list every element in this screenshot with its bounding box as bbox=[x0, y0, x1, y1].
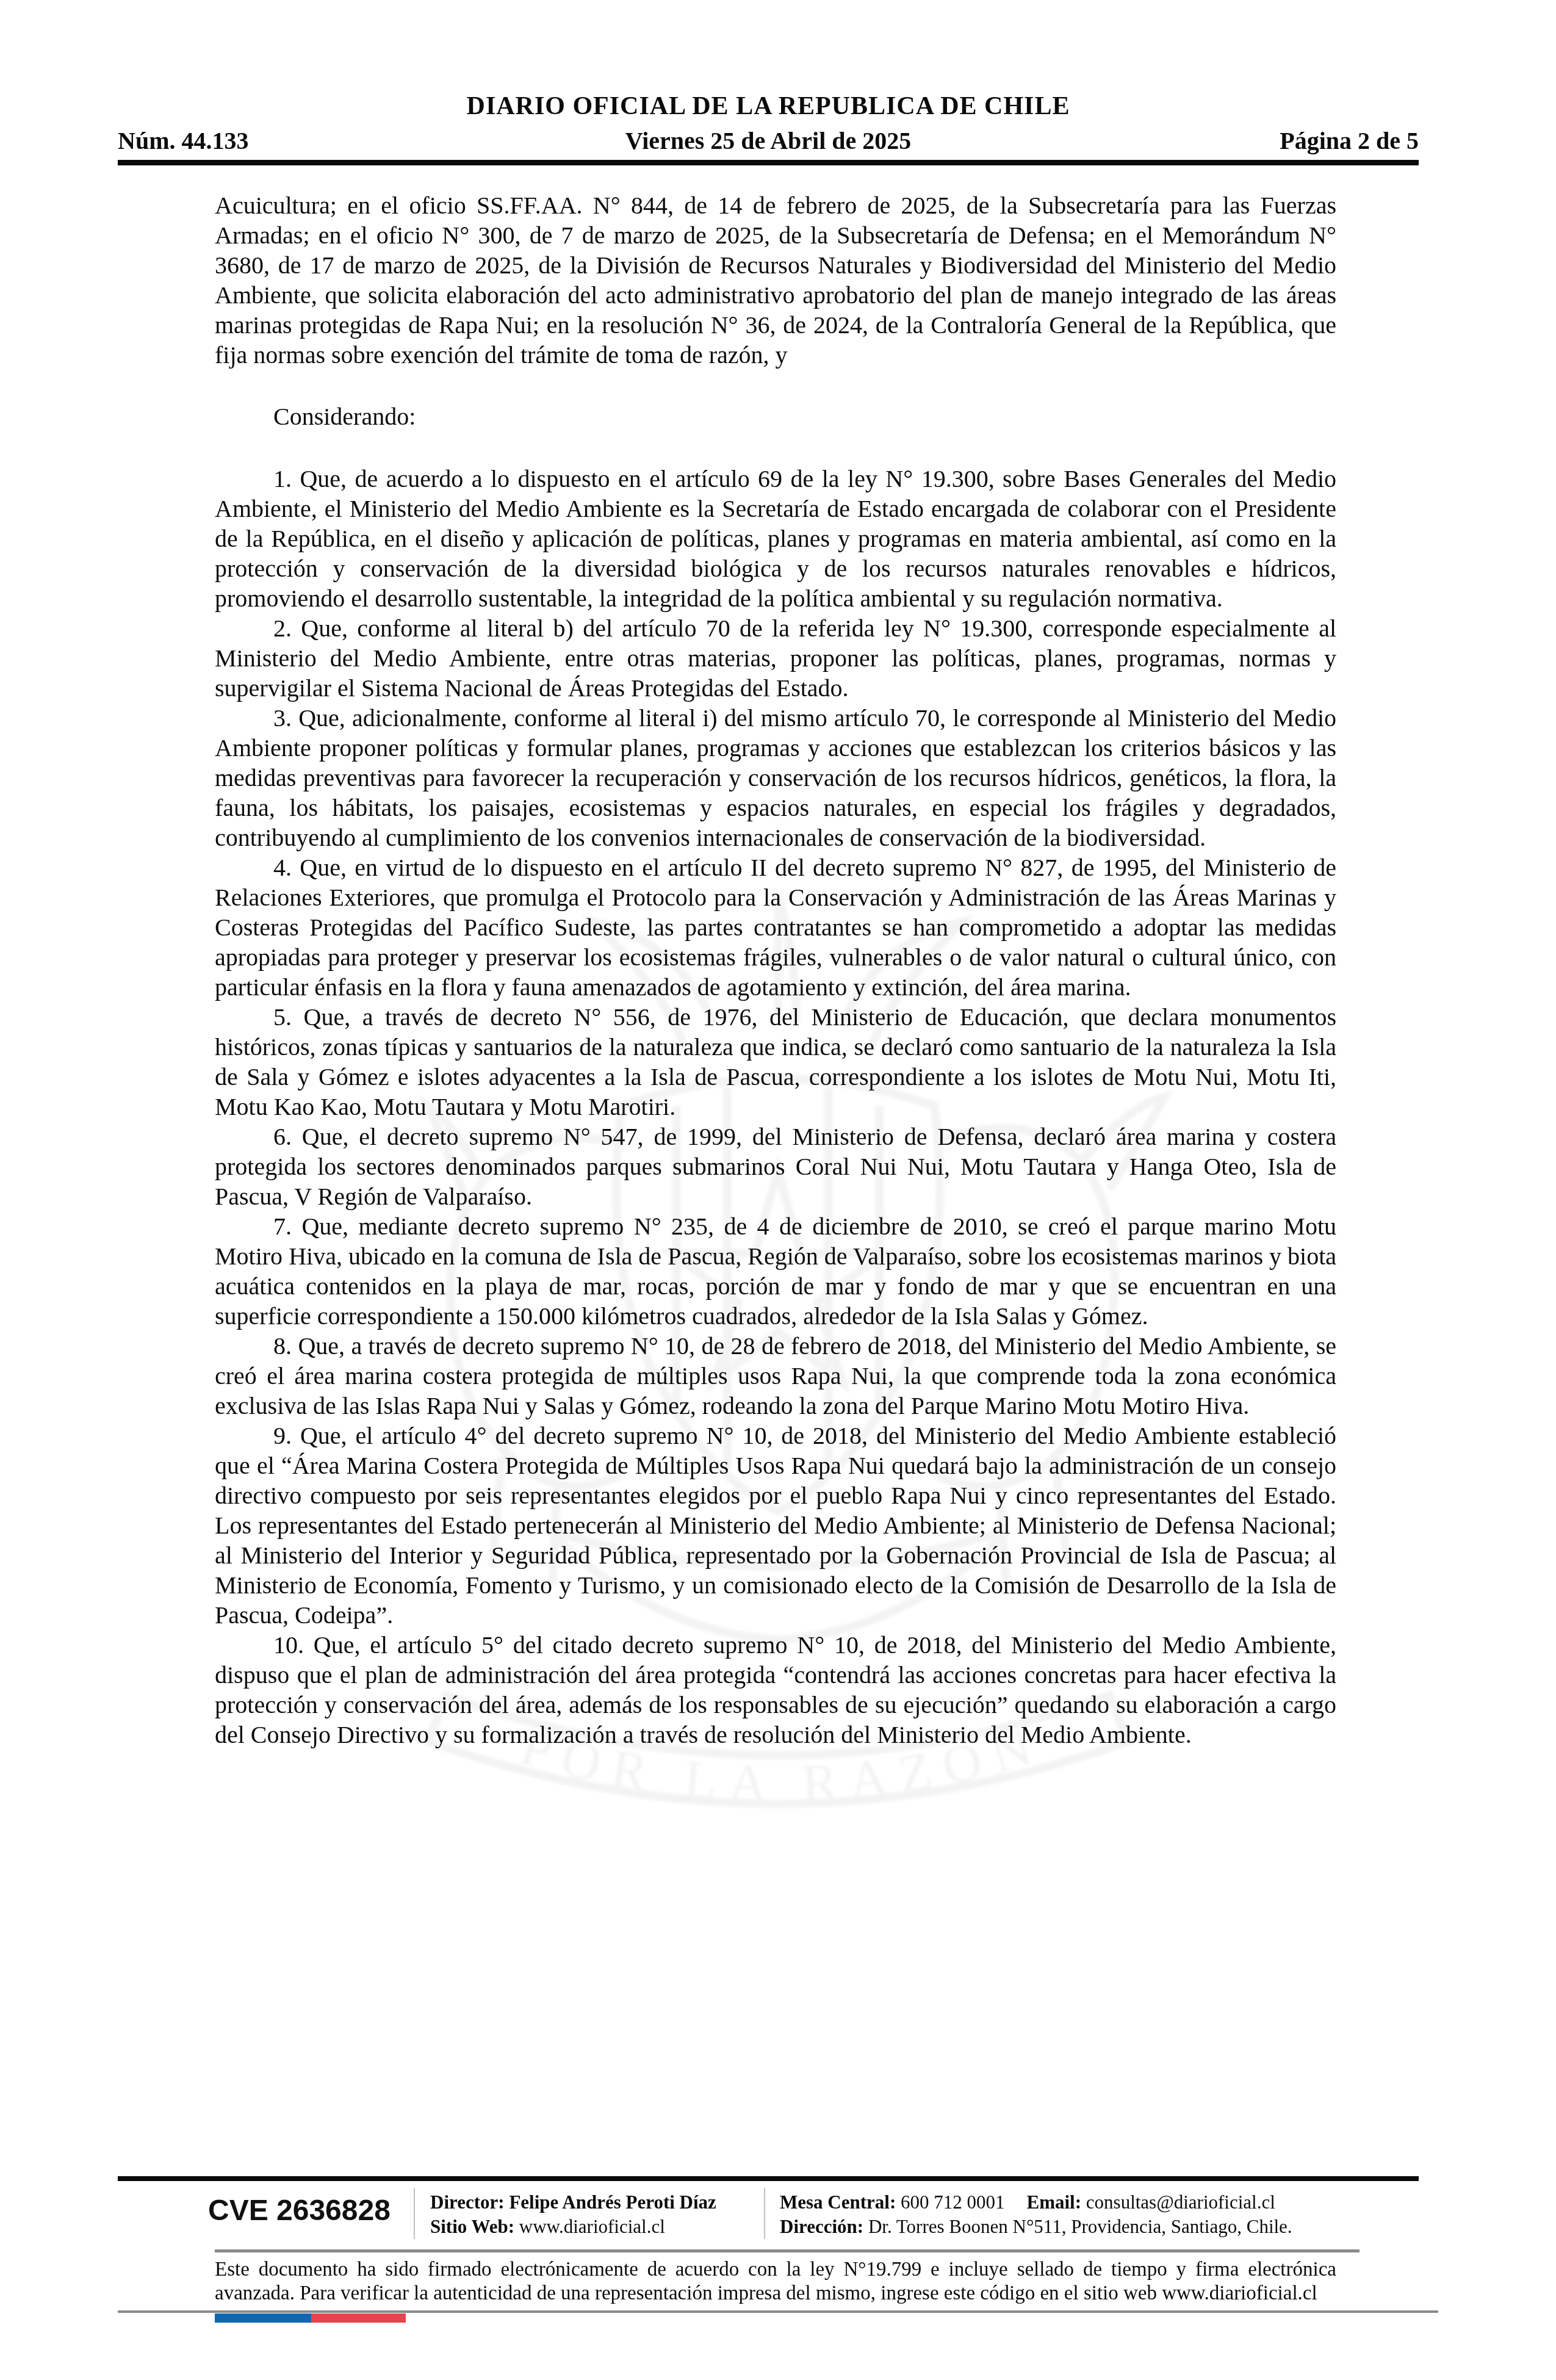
director-name: Felipe Andrés Peroti Díaz bbox=[509, 2191, 716, 2213]
paragraph-9: 9. Que, el artículo 4° del decreto supre… bbox=[215, 1421, 1336, 1630]
email-address: consultas@diarioficial.cl bbox=[1086, 2191, 1275, 2213]
paragraph-8: 8. Que, a través de decreto supremo N° 1… bbox=[215, 1331, 1336, 1421]
paragraph-6: 6. Que, el decreto supremo N° 547, de 19… bbox=[215, 1122, 1336, 1211]
edition-date: Viernes 25 de Abril de 2025 bbox=[118, 127, 1419, 155]
website-label: Sitio Web: bbox=[430, 2216, 514, 2237]
signature-disclaimer: Este documento ha sido firmado electróni… bbox=[215, 2258, 1336, 2306]
newspaper-title: DIARIO OFICIAL DE LA REPUBLICA DE CHILE bbox=[118, 92, 1419, 121]
footer-divider-rule bbox=[118, 2176, 1419, 2181]
paragraph-recitals: Acuicultura; en el oficio SS.FF.AA. N° 8… bbox=[215, 190, 1336, 370]
director-line: Director: Felipe Andrés Peroti Díaz bbox=[430, 2190, 716, 2215]
phone-email-line: Mesa Central: 600 712 0001Email: consult… bbox=[780, 2190, 1292, 2215]
paragraph-1: 1. Que, de acuerdo a lo dispuesto en el … bbox=[215, 464, 1336, 613]
website-line: Sitio Web: www.diarioficial.cl bbox=[430, 2215, 716, 2239]
email-label: Email: bbox=[1027, 2191, 1082, 2213]
flag-blue-block bbox=[215, 2313, 311, 2323]
footer-gray-rule bbox=[215, 2249, 1360, 2252]
document-page: DIARIO OFICIAL DE LA REPUBLICA DE CHILE … bbox=[0, 0, 1556, 2380]
document-text: Acuicultura; en el oficio SS.FF.AA. N° 8… bbox=[215, 190, 1336, 1750]
footer-vertical-divider-1 bbox=[414, 2188, 415, 2239]
footer-vertical-divider-2 bbox=[764, 2188, 765, 2239]
paragraph-3: 3. Que, adicionalmente, conforme al lite… bbox=[215, 703, 1336, 853]
header-divider-rule bbox=[118, 160, 1419, 165]
director-label: Director: bbox=[430, 2191, 505, 2213]
footer-director-column: Director: Felipe Andrés Peroti Díaz Siti… bbox=[430, 2190, 716, 2239]
phone-number: 600 712 0001 bbox=[901, 2191, 1005, 2213]
section-heading-considerando: Considerando: bbox=[215, 402, 1336, 431]
address-label: Dirección: bbox=[780, 2216, 863, 2237]
paragraph-2: 2. Que, conforme al literal b) del artíc… bbox=[215, 613, 1336, 703]
paragraph-4: 4. Que, en virtud de lo dispuesto en el … bbox=[215, 853, 1336, 1002]
chile-flag-mark bbox=[215, 2313, 406, 2323]
website-url: www.diarioficial.cl bbox=[519, 2216, 665, 2237]
header-meta-row: Núm. 44.133 Viernes 25 de Abril de 2025 … bbox=[118, 127, 1419, 155]
page-header: DIARIO OFICIAL DE LA REPUBLICA DE CHILE … bbox=[118, 92, 1419, 165]
address-line: Dirección: Dr. Torres Boonen N°511, Prov… bbox=[780, 2215, 1292, 2239]
footer-contact-column: Mesa Central: 600 712 0001Email: consult… bbox=[780, 2190, 1292, 2239]
phone-label: Mesa Central: bbox=[780, 2191, 896, 2213]
address-value: Dr. Torres Boonen N°511, Providencia, Sa… bbox=[868, 2216, 1292, 2237]
bottom-gray-rule bbox=[118, 2310, 1438, 2313]
cve-code: CVE 2636828 bbox=[208, 2194, 391, 2227]
footer-info-bar: CVE 2636828 Director: Felipe Andrés Pero… bbox=[118, 2188, 1419, 2239]
flag-red-block bbox=[311, 2313, 406, 2323]
paragraph-7: 7. Que, mediante decreto supremo N° 235,… bbox=[215, 1211, 1336, 1331]
paragraph-5: 5. Que, a través de decreto N° 556, de 1… bbox=[215, 1002, 1336, 1122]
paragraph-10: 10. Que, el artículo 5° del citado decre… bbox=[215, 1630, 1336, 1750]
